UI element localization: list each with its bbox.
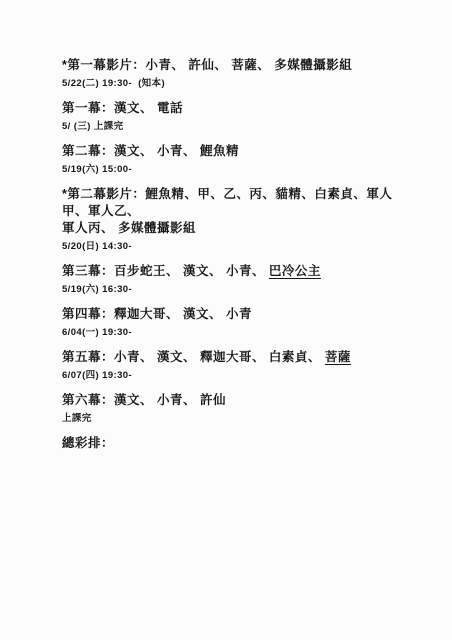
schedule-item: 總彩排： (62, 435, 418, 452)
scene-title-text: 第二幕：漢文、 小青、 鯉魚精 (62, 144, 239, 158)
schedule-item: *第一幕影片：小青、 許仙、 菩薩、 多媒體攝影組 5/22(二) 19:30-… (62, 57, 418, 90)
scene-title: *第二幕影片：鯉魚精、甲、乙、丙、貓精、白素貞、軍人甲、軍人乙、 軍人丙、 多媒… (62, 186, 418, 237)
schedule-item: 第三幕：百步蛇王、 漢文、 小青、 巴冷公主 5/19(六) 16:30- (62, 263, 418, 296)
scene-title: 第二幕：漢文、 小青、 鯉魚精 (62, 143, 418, 160)
scene-title-underlined-text: 巴冷公主 (269, 264, 321, 278)
scene-title-text: *第二幕影片：鯉魚精、甲、乙、丙、貓精、白素貞、軍人甲、軍人乙、 軍人丙、 多媒… (62, 187, 392, 235)
document-page: *第一幕影片：小青、 許仙、 菩薩、 多媒體攝影組 5/22(二) 19:30-… (0, 0, 452, 640)
scene-title: 第一幕：漢文、 電話 (62, 100, 418, 117)
scene-time: 5/22(二) 19:30- (知本) (62, 77, 418, 90)
scene-time: 上課完 (62, 412, 418, 425)
scene-time: 5/19(六) 15:00- (62, 163, 418, 176)
scene-title: 總彩排： (62, 435, 418, 452)
schedule-item: 第二幕：漢文、 小青、 鯉魚精 5/19(六) 15:00- (62, 143, 418, 176)
scene-title-text: 第五幕：小青、 漢文、 釋迦大哥、 白素貞、 (62, 350, 325, 364)
scene-title-text: 第六幕：漢文、 小青、 許仙 (62, 393, 226, 407)
scene-time: 6/07(四) 19:30- (62, 369, 418, 382)
scene-time: 5/20(日) 14:30- (62, 240, 418, 253)
scene-title-text: 總彩排： (62, 436, 114, 450)
scene-title: 第六幕：漢文、 小青、 許仙 (62, 392, 418, 409)
schedule-item: 第四幕：釋迦大哥、 漢文、 小青 6/04(一) 19:30- (62, 306, 418, 339)
scene-title: 第四幕：釋迦大哥、 漢文、 小青 (62, 306, 418, 323)
scene-title-text: 第一幕：漢文、 電話 (62, 101, 183, 115)
scene-title: 第三幕：百步蛇王、 漢文、 小青、 巴冷公主 (62, 263, 418, 280)
schedule-item: 第五幕：小青、 漢文、 釋迦大哥、 白素貞、 菩薩 6/07(四) 19:30- (62, 349, 418, 382)
scene-title-text: *第一幕影片：小青、 許仙、 菩薩、 多媒體攝影組 (62, 58, 352, 72)
scene-time: 5/ (三) 上課完 (62, 120, 418, 133)
scene-title-text: 第四幕：釋迦大哥、 漢文、 小青 (62, 307, 252, 321)
scene-title: 第五幕：小青、 漢文、 釋迦大哥、 白素貞、 菩薩 (62, 349, 418, 366)
schedule-item: *第二幕影片：鯉魚精、甲、乙、丙、貓精、白素貞、軍人甲、軍人乙、 軍人丙、 多媒… (62, 186, 418, 253)
scene-title: *第一幕影片：小青、 許仙、 菩薩、 多媒體攝影組 (62, 57, 418, 74)
scene-time: 5/19(六) 16:30- (62, 283, 418, 296)
scene-title-text: 第三幕：百步蛇王、 漢文、 小青、 (62, 264, 269, 278)
scene-title-underlined-text: 菩薩 (325, 350, 351, 364)
schedule-item: 第一幕：漢文、 電話 5/ (三) 上課完 (62, 100, 418, 133)
scene-time: 6/04(一) 19:30- (62, 326, 418, 339)
schedule-item: 第六幕：漢文、 小青、 許仙 上課完 (62, 392, 418, 425)
